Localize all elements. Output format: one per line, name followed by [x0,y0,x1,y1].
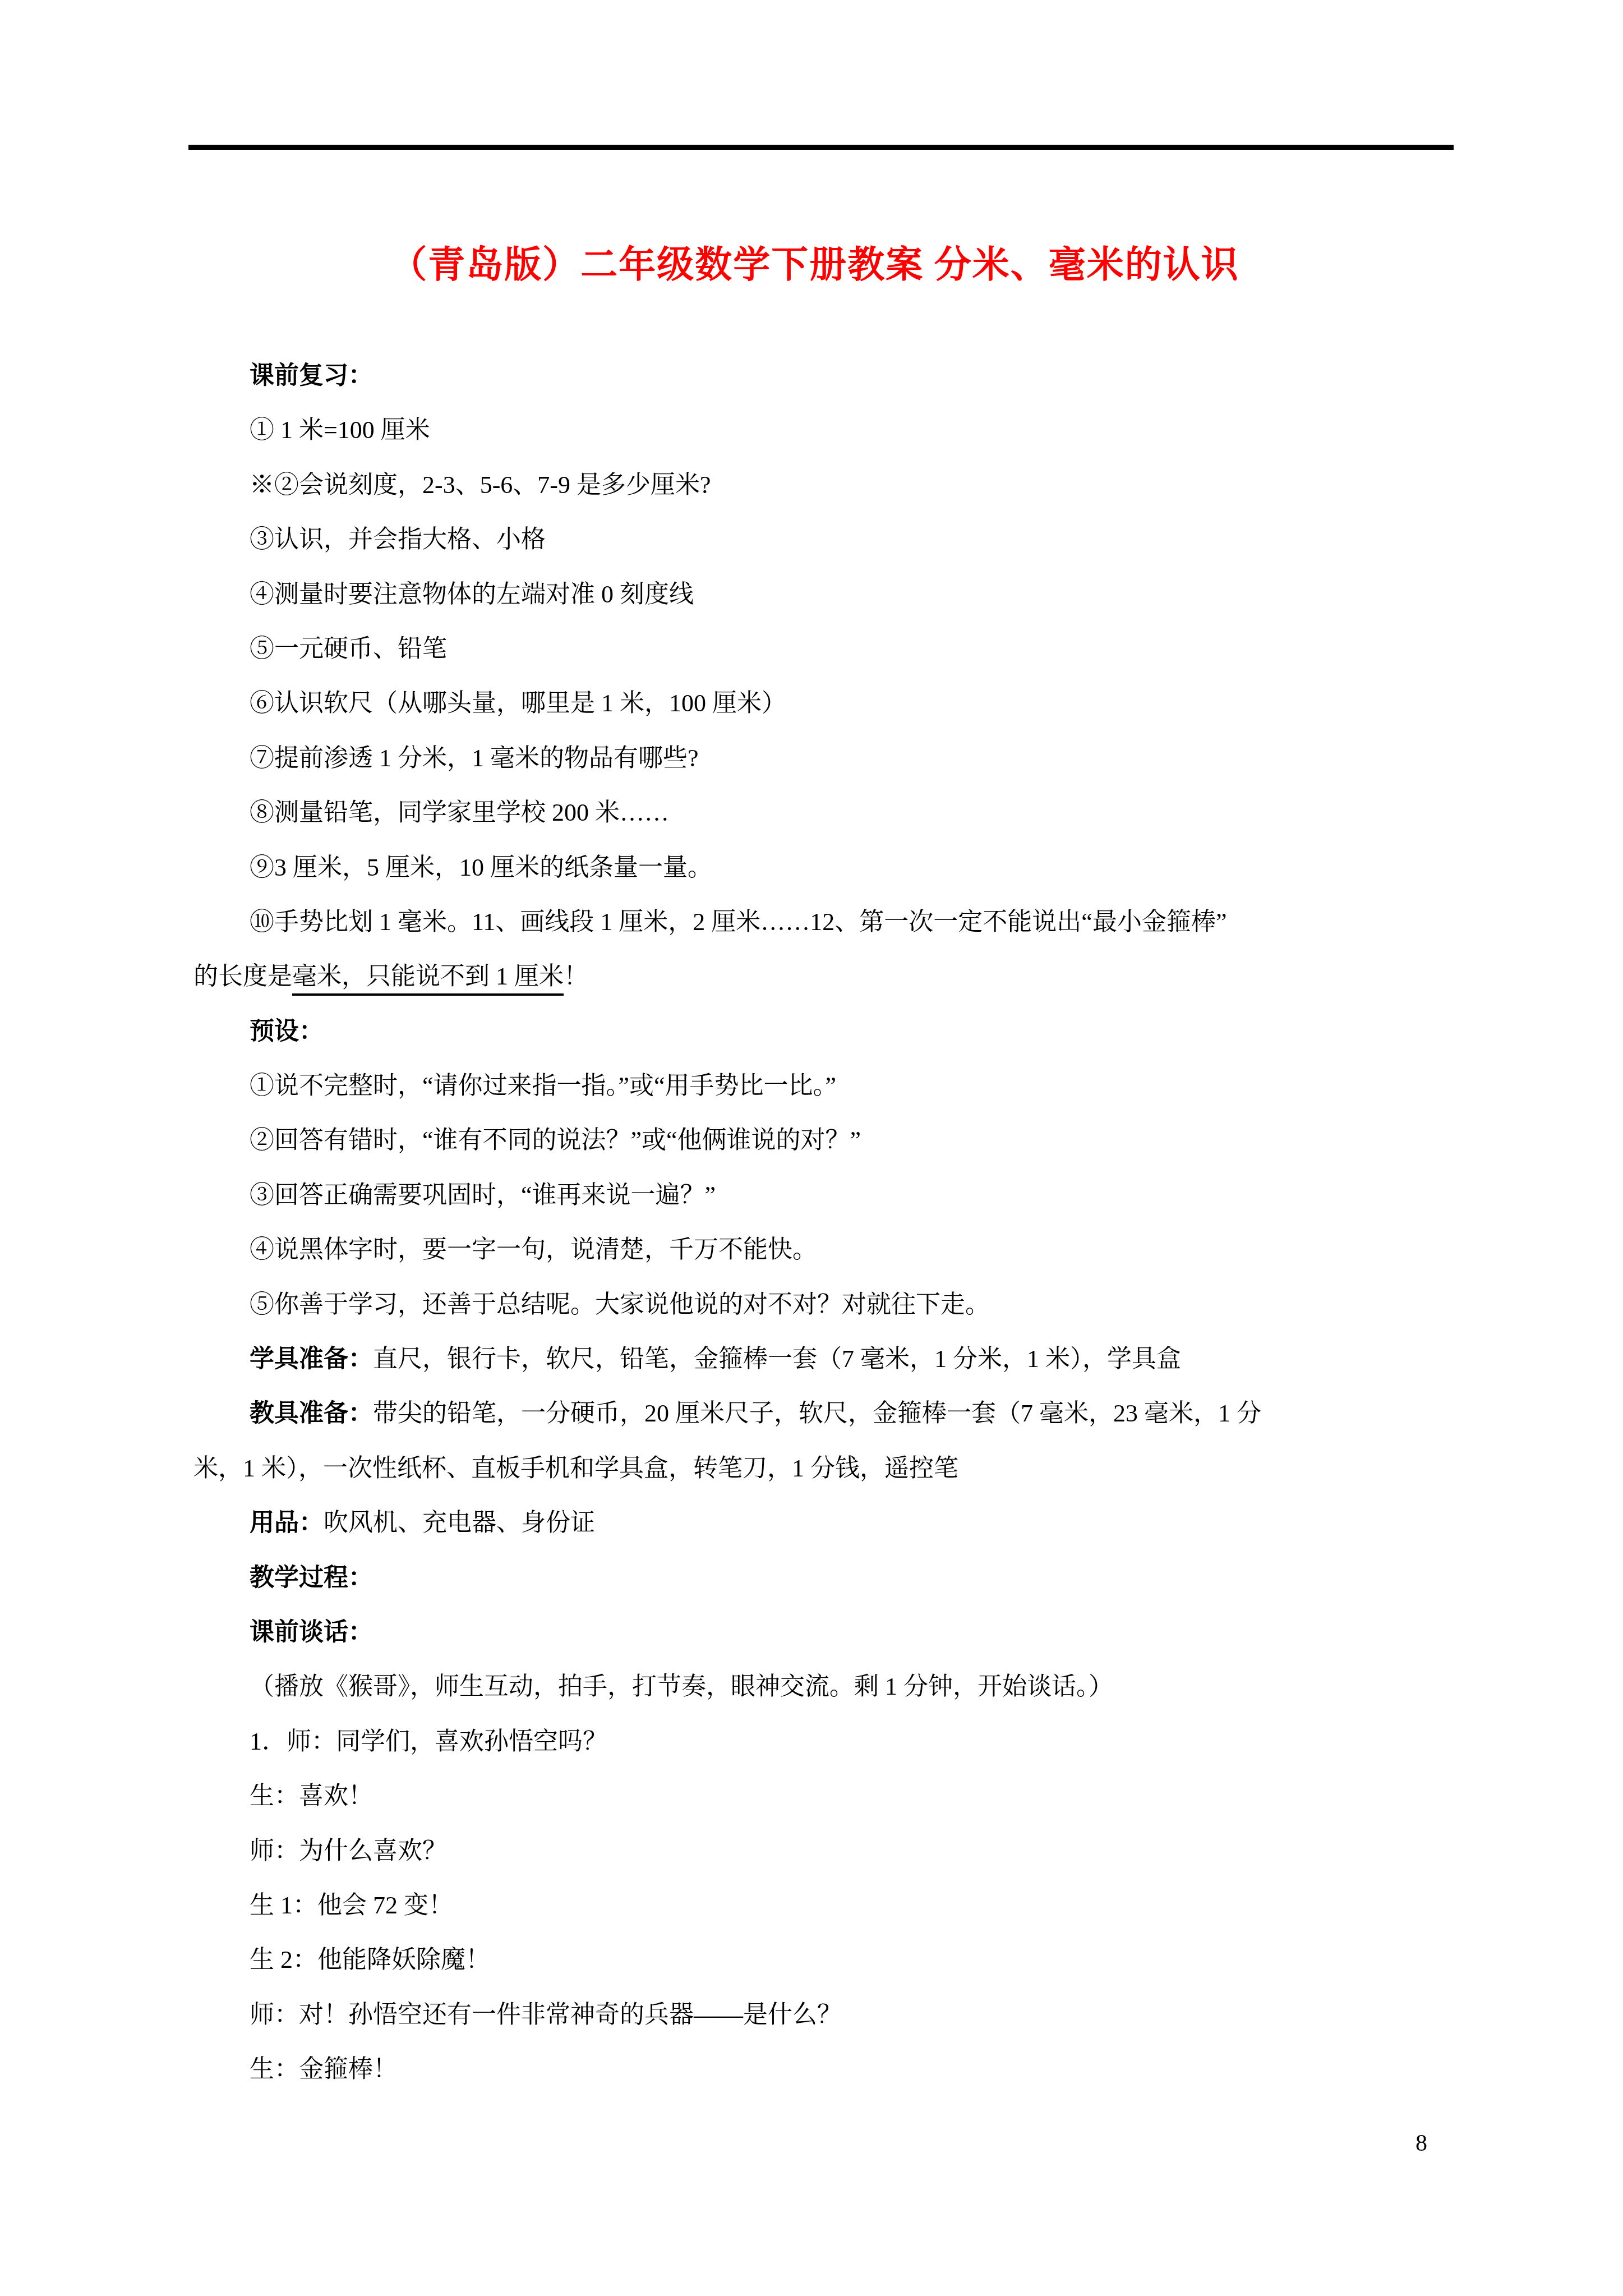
text-line: 米，1 米），一次性纸杯、直板手机和学具盒，转笔刀，1 分钱，遥控笔 [193,1441,1436,1496]
text-segment: ②回答有错时，“谁有不同的说法？”或“他俩谁说的对？” [250,1126,861,1154]
text-segment: ①说不完整时，“请你过来指一指。”或“用手势比一比。” [250,1072,836,1099]
text-line: 师：对！孙悟空还有一件非常神奇的兵器——是什么？ [193,1987,1436,2042]
text-segment: ⑥认识软尺（从哪头量，哪里是 1 米，100 厘米） [250,689,786,717]
text-segment: ⑦提前渗透 1 分米，1 毫米的物品有哪些? [250,744,699,772]
text-line: ①说不完整时，“请你过来指一指。”或“用手势比一比。” [193,1059,1436,1113]
text-line: ⑥认识软尺（从哪头量，哪里是 1 米，100 厘米） [193,676,1436,730]
text-segment: 生 1：他会 72 变！ [250,1892,453,1919]
text-line: 生 1：他会 72 变！ [193,1878,1436,1932]
text-segment: 教学过程： [250,1564,373,1591]
text-segment: ① 1 米=100 厘米 [250,416,430,444]
text-line: ⑩手势比划 1 毫米。11、画线段 1 厘米，2 厘米……12、第一次一定不能说… [193,895,1436,949]
text-segment: 课前复习： [250,362,373,389]
document-page: （青岛版）二年级数学下册教案 分米、毫米的认识 课前复习：① 1 米=100 厘… [0,0,1623,2296]
text-line: ②回答有错时，“谁有不同的说法？”或“他俩谁说的对？” [193,1113,1436,1167]
text-segment: 预设： [250,1018,324,1045]
text-line: 生：金箍棒！ [193,2042,1436,2096]
text-line: ④测量时要注意物体的左端对准 0 刻度线 [193,567,1436,622]
page-title: （青岛版）二年级数学下册教案 分米、毫米的认识 [193,245,1436,286]
text-line: ⑤一元硬币、铅笔 [193,622,1436,676]
text-line: 生 2：他能降妖除魔！ [193,1932,1436,1987]
text-segment: （播放《猴哥》，师生互动，拍手，打节奏，眼神交流。剩 1 分钟，开始谈话。） [250,1673,1113,1700]
text-line: ③回答正确需要巩固时，“谁再来说一遍？” [193,1168,1436,1222]
text-segment: ⑨3 厘米，5 厘米，10 厘米的纸条量一量。 [250,854,712,881]
text-segment: 1．师：同学们，喜欢孙悟空吗？ [250,1728,607,1755]
text-line: 预设： [193,1004,1436,1059]
text-line: 课前谈话： [193,1605,1436,1659]
text-line: 教具准备：带尖的铅笔，一分硬币，20 厘米尺子，软尺，金箍棒一套（7 毫米，23… [193,1386,1436,1441]
text-segment: ！ [564,963,588,990]
text-segment: 生 2：他能降妖除魔！ [250,1946,490,1973]
text-line: ⑧测量铅笔，同学家里学校 200 米…… [193,785,1436,840]
text-segment: 毫米，只能说不到 1 厘米 [292,963,564,996]
text-segment: 课前谈话： [250,1618,373,1646]
text-segment: ⑧测量铅笔，同学家里学校 200 米…… [250,799,669,826]
text-segment: ③回答正确需要巩固时，“谁再来说一遍？” [250,1181,716,1209]
text-line: 教学过程： [193,1550,1436,1605]
text-line: ④说黑体字时，要一字一句，说清楚，千万不能快。 [193,1222,1436,1277]
text-segment: ④测量时要注意物体的左端对准 0 刻度线 [250,581,694,608]
text-line: 1．师：同学们，喜欢孙悟空吗？ [193,1714,1436,1769]
text-segment: 教具准备： [250,1400,373,1427]
body-text: 课前复习：① 1 米=100 厘米※②会说刻度，2-3、5-6、7-9 是多少厘… [193,348,1436,2097]
text-segment: 吹风机、充电器、身份证 [324,1509,595,1536]
text-segment: ④说黑体字时，要一字一句，说清楚，千万不能快。 [250,1236,817,1263]
text-line: 生：喜欢！ [193,1769,1436,1823]
text-segment: 的长度是 [193,963,292,990]
text-line: 的长度是毫米，只能说不到 1 厘米！ [193,949,1436,1004]
text-segment: 用品： [250,1509,324,1536]
text-line: ③认识，并会指大格、小格 [193,512,1436,567]
text-segment: ⑩手势比划 1 毫米。11、画线段 1 厘米，2 厘米……12、第一次一定不能说… [250,908,1227,936]
text-line: 课前复习： [193,348,1436,403]
text-segment: ③认识，并会指大格、小格 [250,526,546,553]
text-segment: 师：对！孙悟空还有一件非常神奇的兵器——是什么？ [250,2001,842,2028]
text-segment: 学具准备： [250,1345,373,1373]
text-segment: 生：喜欢！ [250,1782,373,1810]
text-segment: 带尖的铅笔，一分硬币，20 厘米尺子，软尺，金箍棒一套（7 毫米，23 毫米，1… [373,1400,1261,1427]
text-segment: 师：为什么喜欢？ [250,1837,447,1865]
text-segment: ※②会说刻度，2-3、5-6、7-9 是多少厘米? [250,471,711,499]
text-line: ⑨3 厘米，5 厘米，10 厘米的纸条量一量。 [193,840,1436,895]
text-segment: 米，1 米），一次性纸杯、直板手机和学具盒，转笔刀，1 分钱，遥控笔 [193,1455,958,1482]
page-number: 8 [193,2129,1427,2157]
text-line: ⑦提前渗透 1 分米，1 毫米的物品有哪些? [193,731,1436,785]
text-line: 学具准备：直尺，银行卡，软尺，铅笔，金箍棒一套（7 毫米，1 分米，1 米），学… [193,1332,1436,1386]
text-line: 用品：吹风机、充电器、身份证 [193,1496,1436,1550]
text-segment: ⑤一元硬币、铅笔 [250,635,447,662]
text-line: ※②会说刻度，2-3、5-6、7-9 是多少厘米? [193,458,1436,512]
text-segment: 直尺，银行卡，软尺，铅笔，金箍棒一套（7 毫米，1 分米，1 米），学具盒 [373,1345,1181,1373]
text-line: ⑤你善于学习，还善于总结呢。大家说他说的对不对？对就往下走。 [193,1277,1436,1332]
text-segment: 生：金箍棒！ [250,2055,398,2083]
header-rule [188,145,1454,150]
text-line: 师：为什么喜欢？ [193,1824,1436,1878]
text-segment: ⑤你善于学习，还善于总结呢。大家说他说的对不对？对就往下走。 [250,1291,990,1318]
text-line: （播放《猴哥》，师生互动，拍手，打节奏，眼神交流。剩 1 分钟，开始谈话。） [193,1659,1436,1714]
text-line: ① 1 米=100 厘米 [193,403,1436,457]
